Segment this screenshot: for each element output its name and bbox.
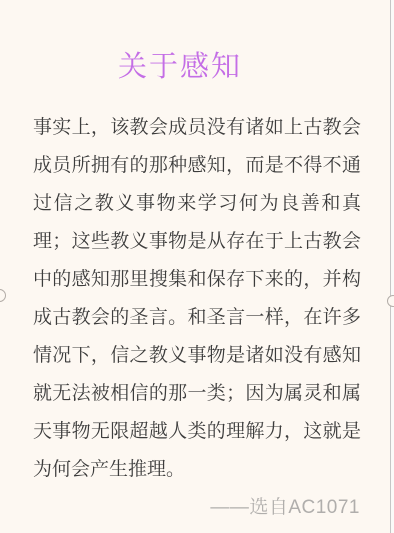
body-text-line: 情况下，信之教义事物是诸如没有感知 bbox=[33, 337, 361, 375]
page-curl-handle-left[interactable] bbox=[0, 289, 6, 302]
body-text-line: 过信之教义事物来学习何为良善和真 bbox=[33, 185, 361, 223]
body-text-line: 成员所拥有的那种感知，而是不得不通 bbox=[33, 147, 361, 185]
body-text-line: 事实上，该教会成员没有诸如上古教会 bbox=[33, 109, 361, 147]
body-text-line: 中的感知那里搜集和保存下来的，并构 bbox=[33, 261, 361, 299]
body-text: 事实上，该教会成员没有诸如上古教会成员所拥有的那种感知，而是不得不通过信之教义事… bbox=[33, 109, 361, 489]
source-attribution: ——选自AC1071 bbox=[210, 492, 360, 519]
page-edge-line bbox=[390, 0, 391, 533]
body-text-line: 为何会产生推理。 bbox=[33, 451, 361, 489]
body-text-line: 成古教会的圣言。和圣言一样，在许多 bbox=[33, 299, 361, 337]
body-text-line: 天事物无限超越人类的理解力，这就是 bbox=[33, 413, 361, 451]
page-curl-handle-right[interactable] bbox=[387, 295, 394, 307]
body-text-line: 就无法被相信的那一类；因为属灵和属 bbox=[33, 375, 361, 413]
reader-page: 关于感知 事实上，该教会成员没有诸如上古教会成员所拥有的那种感知，而是不得不通过… bbox=[0, 0, 394, 533]
page-title: 关于感知 bbox=[0, 44, 360, 85]
body-text-line: 理；这些教义事物是从存在于上古教会 bbox=[33, 223, 361, 261]
